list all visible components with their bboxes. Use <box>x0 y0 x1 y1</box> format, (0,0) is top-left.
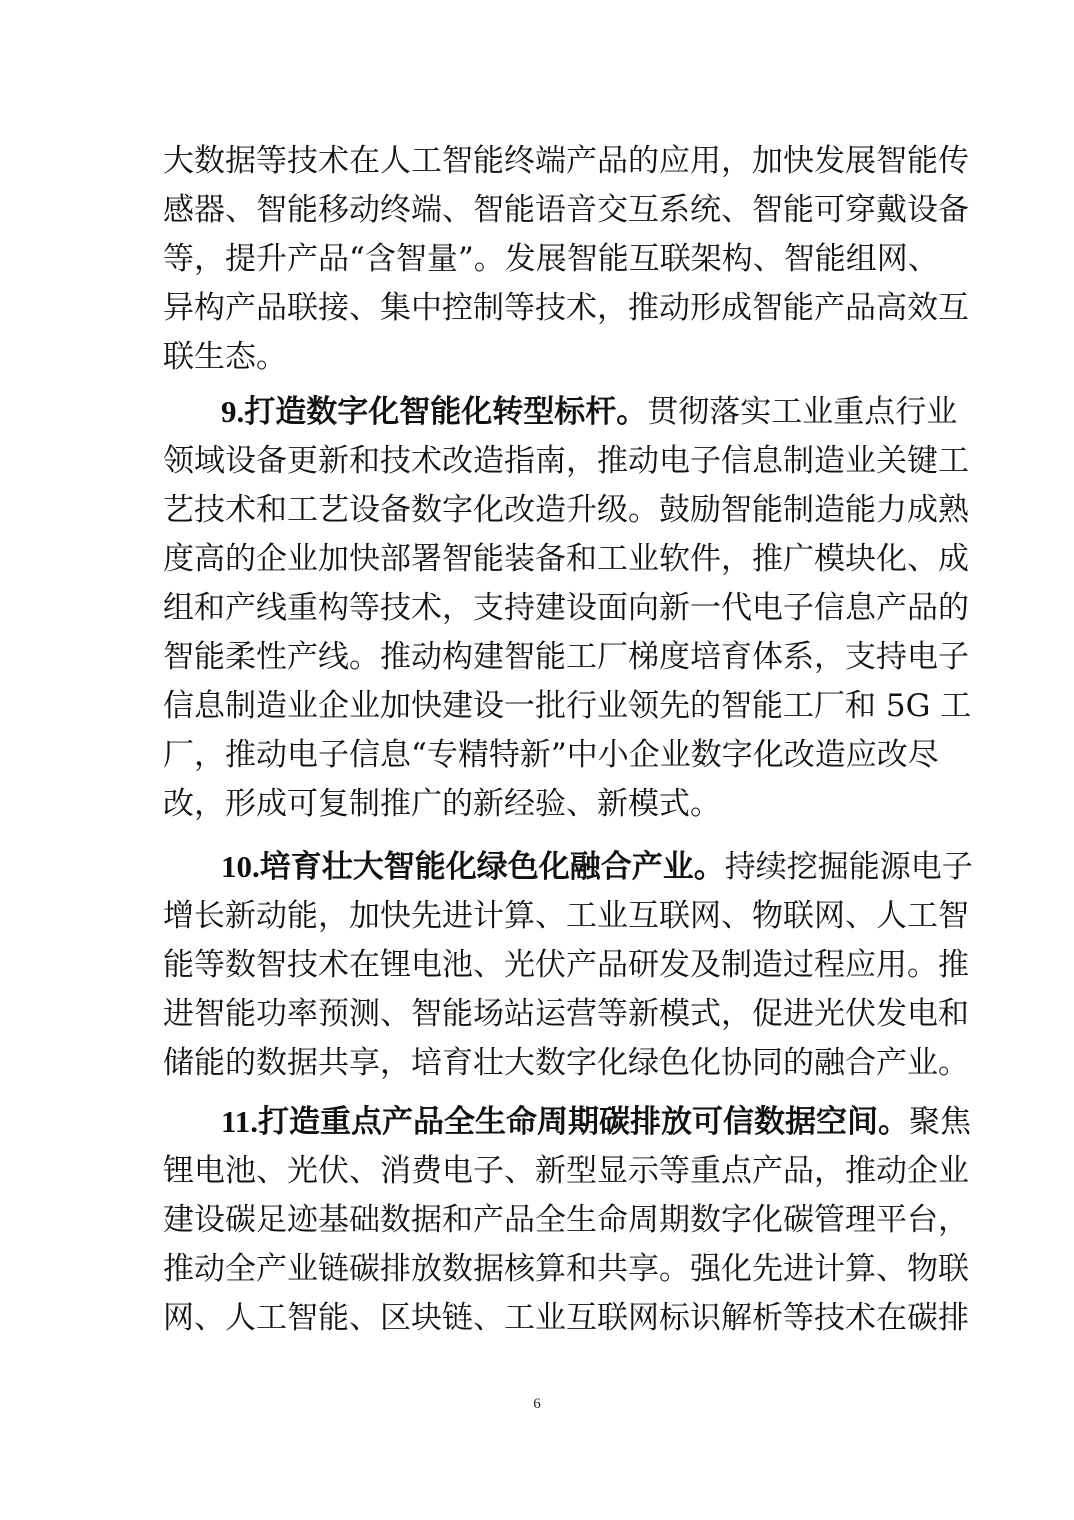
paragraph-10-first-line: 10.培育壮大智能化绿色化融合产业。持续挖掘能源电子 <box>221 847 911 887</box>
text-line: 储能的数据共享，培育壮大数字化绿色化协同的融合产业。 <box>163 1043 911 1083</box>
text-line: 等，提升产品“含智量”。发展智能互联架构、智能组网、 <box>163 239 911 279</box>
text-line: 智能柔性产线。推动构建智能工厂梯度培育体系，支持电子 <box>163 637 911 677</box>
text-line: 领域设备更新和技术改造指南，推动电子信息制造业关键工 <box>163 441 911 481</box>
text-line: 推动全产业链碳排放数据核算和共享。强化先进计算、物联 <box>163 1249 911 1289</box>
text-line: 联生态。 <box>163 337 911 377</box>
paragraph-11-first-line: 11.打造重点产品全生命周期碳排放可信数据空间。聚焦 <box>221 1102 911 1142</box>
page-number: 6 <box>0 1396 1074 1413</box>
paragraph-10-heading: 10.培育壮大智能化绿色化融合产业。 <box>221 849 725 884</box>
paragraph-9-heading: 9.打造数字化智能化转型标杆。 <box>221 394 647 429</box>
text-line: 度高的企业加快部署智能装备和工业软件，推广模块化、成 <box>163 539 911 579</box>
paragraph-9-lead: 贯彻落实工业重点行业 <box>647 394 957 430</box>
document-page: 大数据等技术在人工智能终端产品的应用，加快发展智能传 感器、智能移动终端、智能语… <box>0 0 1074 1520</box>
text-line: 建设碳足迹基础数据和产品全生命周期数字化碳管理平台， <box>163 1200 911 1240</box>
text-line: 大数据等技术在人工智能终端产品的应用，加快发展智能传 <box>163 141 911 181</box>
text-line: 信息制造业企业加快建设一批行业领先的智能工厂和 5G 工 <box>163 686 911 726</box>
text-line: 改，形成可复制推广的新经验、新模式。 <box>163 784 911 824</box>
text-line: 锂电池、光伏、消费电子、新型显示等重点产品，推动企业 <box>163 1151 911 1191</box>
paragraph-9-first-line: 9.打造数字化智能化转型标杆。贯彻落实工业重点行业 <box>221 392 911 432</box>
text-line: 厂，推动电子信息“专精特新”中小企业数字化改造应改尽 <box>163 735 911 775</box>
paragraph-11-heading: 11.打造重点产品全生命周期碳排放可信数据空间。 <box>221 1104 909 1139</box>
text-line: 进智能功率预测、智能场站运营等新模式，促进光伏发电和 <box>163 994 911 1034</box>
paragraph-10-lead: 持续挖掘能源电子 <box>725 849 973 885</box>
text-line: 网、人工智能、区块链、工业互联网标识解析等技术在碳排 <box>163 1298 911 1338</box>
text-line: 组和产线重构等技术，支持建设面向新一代电子信息产品的 <box>163 588 911 628</box>
text-line: 异构产品联接、集中控制等技术，推动形成智能产品高效互 <box>163 288 911 328</box>
text-line: 能等数智技术在锂电池、光伏产品研发及制造过程应用。推 <box>163 945 911 985</box>
text-line: 感器、智能移动终端、智能语音交互系统、智能可穿戴设备 <box>163 190 911 230</box>
text-line: 艺技术和工艺设备数字化改造升级。鼓励智能制造能力成熟 <box>163 490 911 530</box>
paragraph-11-lead: 聚焦 <box>909 1104 971 1140</box>
text-line: 增长新动能，加快先进计算、工业互联网、物联网、人工智 <box>163 896 911 936</box>
